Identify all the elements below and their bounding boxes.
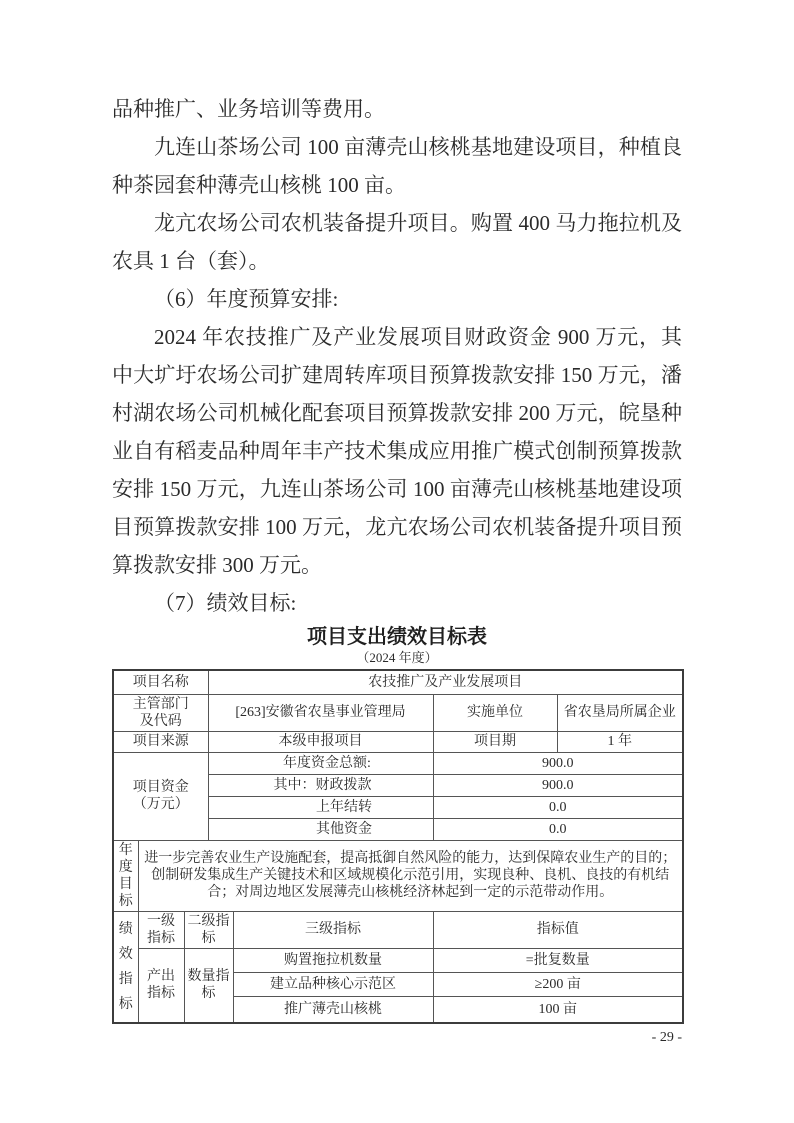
fund-row-label-cell: 上年结转 bbox=[208, 796, 433, 818]
department-label-cell: 主管部门 及代码 bbox=[113, 694, 208, 731]
paragraph: 九连山茶场公司 100 亩薄壳山核桃基地建设项目，种植良种茶园套种薄壳山核桃 1… bbox=[112, 128, 682, 204]
fund-row-value-cell: 900.0 bbox=[433, 752, 683, 774]
document-page: 品种推广、业务培训等费用。 九连山茶场公司 100 亩薄壳山核桃基地建设项目，种… bbox=[0, 0, 794, 1123]
perf-indicator-value-cell: =批复数量 bbox=[433, 948, 683, 972]
department-value-cell: [263]安徽省农垦事业管理局 bbox=[208, 694, 433, 731]
annual-goal-label-cell: 年度目标 bbox=[113, 840, 138, 911]
perf-indicator-cell: 购置拖拉机数量 bbox=[233, 948, 433, 972]
performance-group-label-cell: 绩效指标 bbox=[113, 911, 138, 1023]
project-name-value-cell: 农技推广及产业发展项目 bbox=[208, 670, 683, 694]
project-source-label-cell: 项目来源 bbox=[113, 731, 208, 752]
project-period-value-cell: 1 年 bbox=[557, 731, 683, 752]
paragraph: （7）绩效目标: bbox=[112, 584, 682, 622]
paragraph: 龙亢农场公司农机装备提升项目。购置 400 马力拖拉机及农具 1 台（套）。 bbox=[112, 204, 682, 280]
fund-row-value-cell: 900.0 bbox=[433, 774, 683, 796]
perf-indicator-value-cell: 100 亩 bbox=[433, 996, 683, 1023]
fund-row-label-cell: 年度资金总额: bbox=[208, 752, 433, 774]
project-source-value-cell: 本级申报项目 bbox=[208, 731, 433, 752]
body-text: 品种推广、业务培训等费用。 九连山茶场公司 100 亩薄壳山核桃基地建设项目，种… bbox=[112, 90, 682, 1024]
project-period-label-cell: 项目期 bbox=[433, 731, 557, 752]
paragraph: 2024 年农技推广及产业发展项目财政资金 900 万元，其中大圹圩农场公司扩建… bbox=[112, 318, 682, 584]
fund-row-label-cell: 其他资金 bbox=[208, 818, 433, 840]
perf-level1-value-cell: 产出指标 bbox=[138, 948, 184, 1023]
table-row: 年度目标 进一步完善农业生产设施配套，提高抵御自然风险的能力，达到保障农业生产的… bbox=[113, 840, 683, 911]
table-row: 项目资金 （万元） 年度资金总额: 900.0 bbox=[113, 752, 683, 774]
fund-row-value-cell: 0.0 bbox=[433, 796, 683, 818]
table-row: 绩效指标 一级指标 二级指标 三级指标 指标值 bbox=[113, 911, 683, 948]
paragraph: 品种推广、业务培训等费用。 bbox=[112, 90, 682, 128]
table-row: 项目名称 农技推广及产业发展项目 bbox=[113, 670, 683, 694]
project-name-label-cell: 项目名称 bbox=[113, 670, 208, 694]
implement-unit-value-cell: 省农垦局所属企业 bbox=[557, 694, 683, 731]
table-row: 产出指标 数量指标 购置拖拉机数量 =批复数量 bbox=[113, 948, 683, 972]
perf-level2-value-cell: 数量指标 bbox=[184, 948, 233, 1023]
implement-unit-label-cell: 实施单位 bbox=[433, 694, 557, 731]
table-subtitle: （2024 年度） bbox=[112, 649, 682, 666]
page-number: - 29 - bbox=[652, 1030, 682, 1046]
table-title: 项目支出绩效目标表 bbox=[112, 625, 682, 649]
perf-indicator-value-cell: ≥200 亩 bbox=[433, 972, 683, 996]
fund-row-value-cell: 0.0 bbox=[433, 818, 683, 840]
funds-group-label-cell: 项目资金 （万元） bbox=[113, 752, 208, 840]
perf-header-level2-cell: 二级指标 bbox=[184, 911, 233, 948]
perf-header-value-cell: 指标值 bbox=[433, 911, 683, 948]
paragraph: （6）年度预算安排: bbox=[112, 280, 682, 318]
perf-indicator-cell: 推广薄壳山核桃 bbox=[233, 996, 433, 1023]
fund-row-label-cell: 其中：财政拨款 bbox=[208, 774, 433, 796]
perf-indicator-cell: 建立品种核心示范区 bbox=[233, 972, 433, 996]
table-row: 项目来源 本级申报项目 项目期 1 年 bbox=[113, 731, 683, 752]
perf-header-level3-cell: 三级指标 bbox=[233, 911, 433, 948]
perf-header-level1-cell: 一级指标 bbox=[138, 911, 184, 948]
table-row: 主管部门 及代码 [263]安徽省农垦事业管理局 实施单位 省农垦局所属企业 bbox=[113, 694, 683, 731]
performance-target-table: 项目名称 农技推广及产业发展项目 主管部门 及代码 [263]安徽省农垦事业管理… bbox=[112, 669, 684, 1024]
annual-goal-text-cell: 进一步完善农业生产设施配套，提高抵御自然风险的能力，达到保障农业生产的目的；创制… bbox=[138, 840, 683, 911]
